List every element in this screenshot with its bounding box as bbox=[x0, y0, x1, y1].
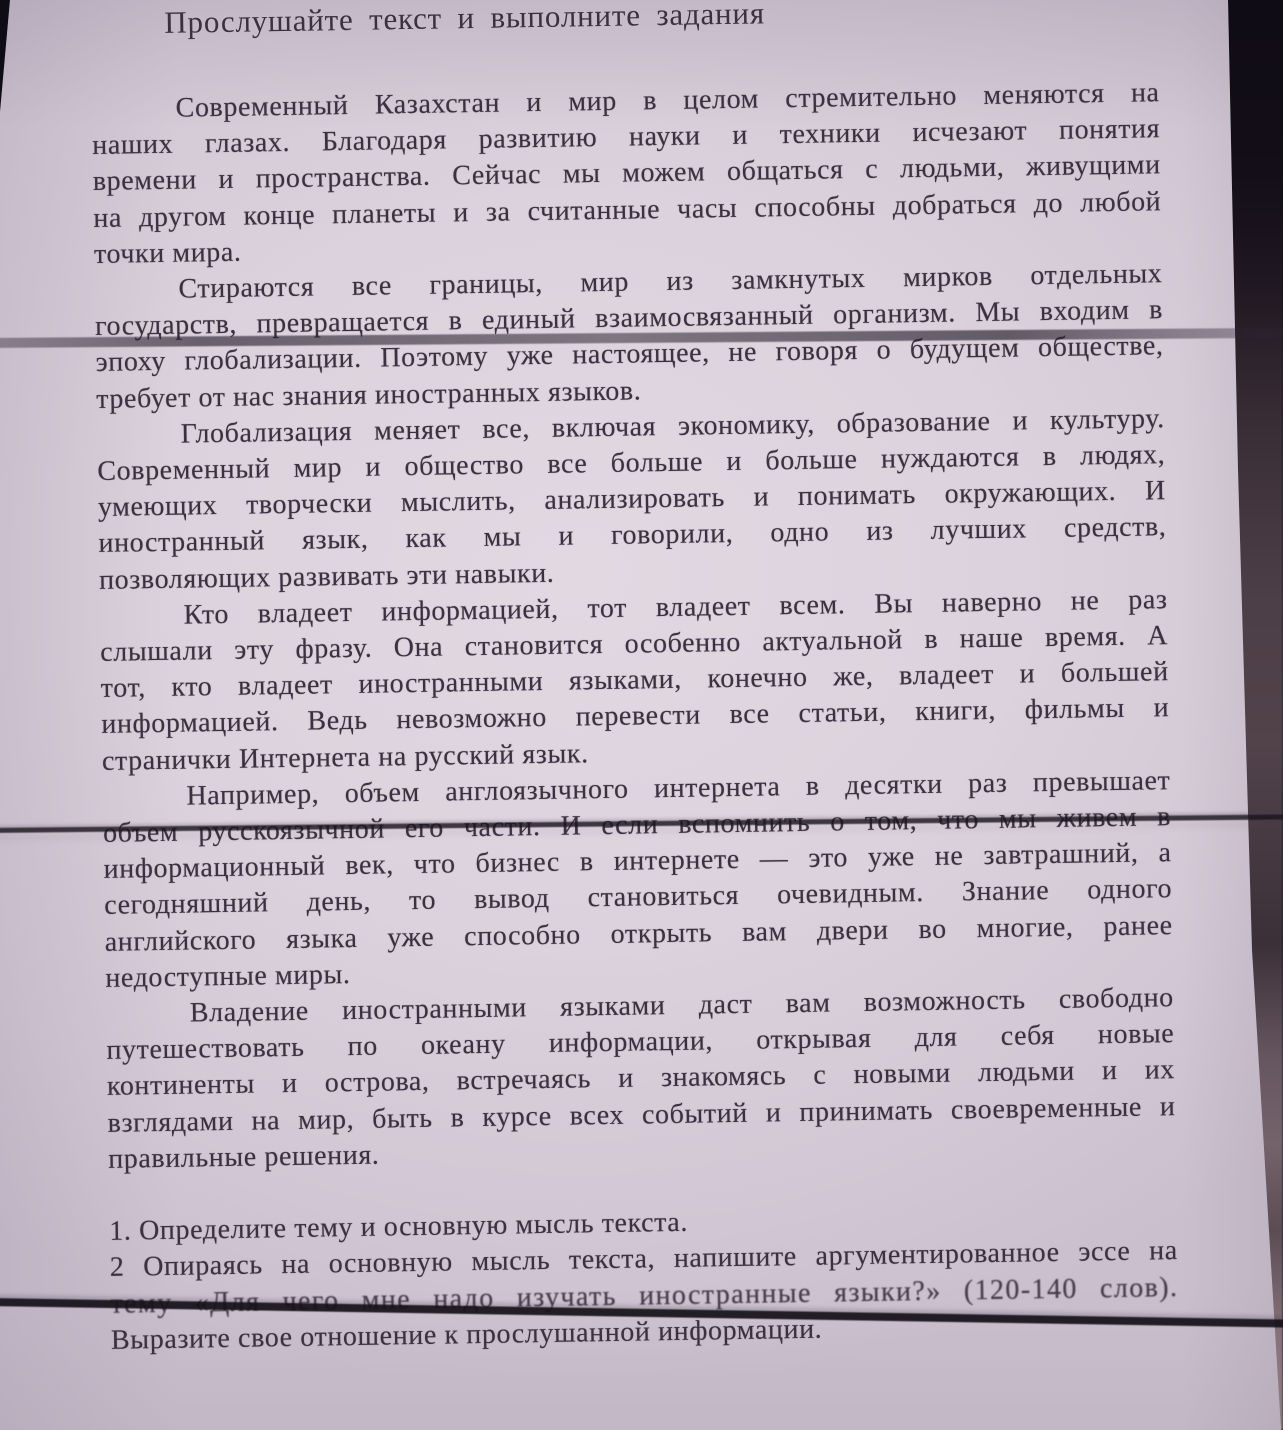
paragraph-1: Современный Казахстан и мир в целом стре… bbox=[91, 75, 1162, 273]
paragraph-6: Владение иностранными языками даст вам в… bbox=[106, 980, 1177, 1178]
tasks-section: 1. Определите тему и основную мысль текс… bbox=[109, 1197, 1179, 1359]
doc-title: Прослушайте текст и выполните задания bbox=[164, 0, 1159, 45]
paragraph-4: Кто владеет информацией, тот владеет все… bbox=[99, 582, 1170, 780]
paper-sheet: Д Прослушайте текст и выполните задания … bbox=[0, 0, 1283, 1430]
paragraph-5: Например, объем англоязычного интернета … bbox=[102, 763, 1173, 997]
paragraph-3: Глобализация меняет все, включая экономи… bbox=[97, 401, 1168, 599]
photo-root: Д Прослушайте текст и выполните задания … bbox=[0, 0, 1283, 1430]
page-text: Д Прослушайте текст и выполните задания … bbox=[90, 0, 1179, 1359]
